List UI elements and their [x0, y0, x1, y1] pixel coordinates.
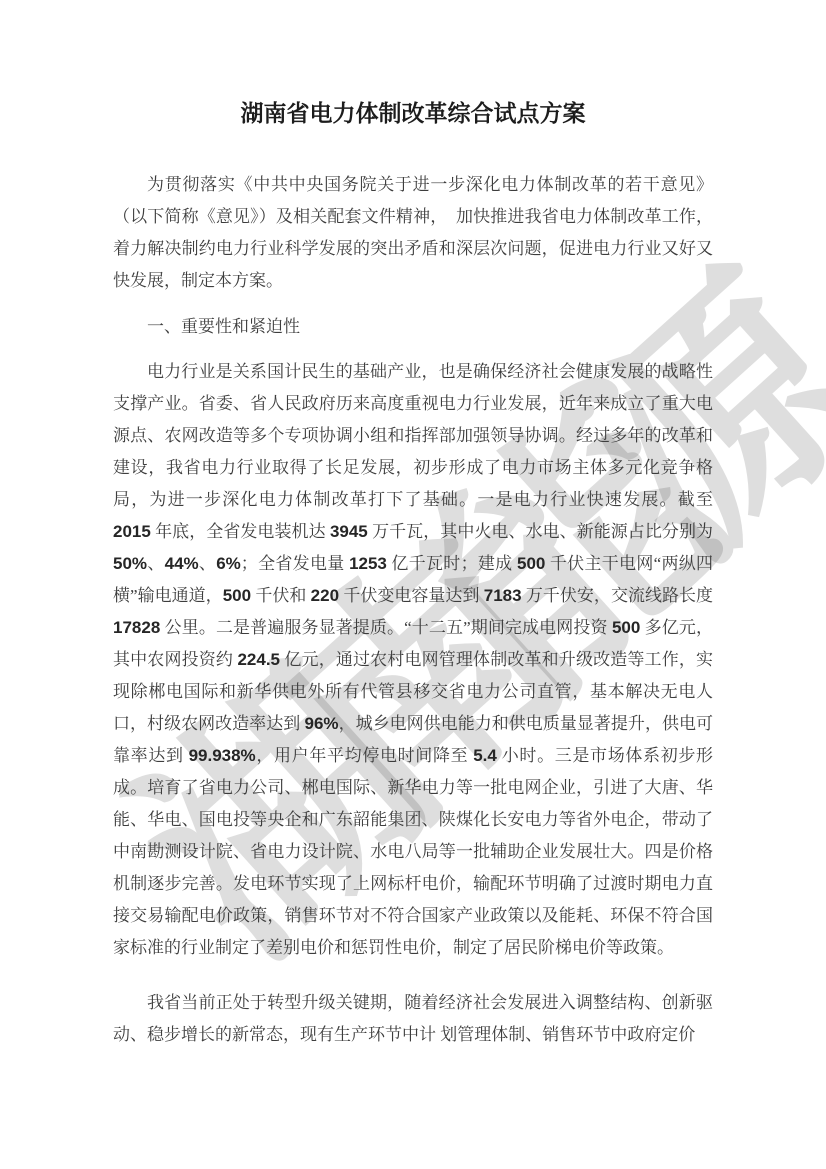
section-heading-importance: 一、重要性和紧迫性 — [113, 311, 713, 343]
paragraph-achievements: 电力行业是关系国计民生的基础产业，也是确保经济社会健康发展的战略性支撑产业。省委… — [113, 356, 713, 964]
document-title: 湖南省电力体制改革综合试点方案 — [113, 99, 713, 128]
paragraph-transition-period: 我省当前正处于转型升级关键期，随着经济社会发展进入调整结构、创新驱动、稳步增长的… — [113, 987, 713, 1051]
document-content: 湖南省电力体制改革综合试点方案 为贯彻落实《中共中央国务院关于进一步深化电力体制… — [113, 99, 713, 1051]
paragraph-intro: 为贯彻落实《中共中央国务院关于进一步深化电力体制改革的若干意见》（以下简称《意见… — [113, 169, 713, 297]
document-page: 湖南能源 湖南省电力体制改革综合试点方案 为贯彻落实《中共中央国务院关于进一步深… — [0, 0, 826, 1169]
